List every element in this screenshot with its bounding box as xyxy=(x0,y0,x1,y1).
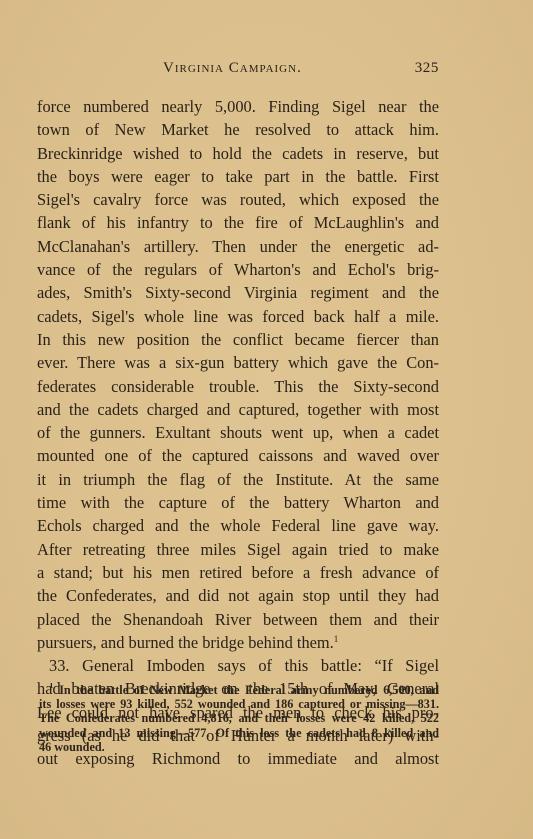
footnote-line: its losses were 93 killed, 552 wounded a… xyxy=(39,697,439,711)
text-line: McClanahan's artillery. Then under the e… xyxy=(37,235,439,258)
text-line: the Confederates, and did not again stop… xyxy=(37,584,439,607)
text-line: force numbered nearly 5,000. Finding Sig… xyxy=(37,95,439,118)
footnote-text: In the battle of New Market the Federal … xyxy=(59,683,439,697)
text-line: a stand; but his men retired before a fr… xyxy=(37,561,439,584)
text-line: Echols charged and the whole Federal lin… xyxy=(37,514,439,537)
text-line-with-footnote-ref: pursuers, and burned the bridge behind t… xyxy=(37,631,439,654)
running-head: Virginia Campaign. 325 xyxy=(37,60,439,80)
footnote-reference: 1 xyxy=(334,634,339,644)
text-line: it in triumph the flag of the Institute.… xyxy=(37,468,439,491)
footnote-line: 1 In the battle of New Market the Federa… xyxy=(39,683,439,697)
running-title: Virginia Campaign. xyxy=(163,60,302,77)
text-line: cadets, Sigel's whole line was forced ba… xyxy=(37,305,439,328)
text-line: mounted one of the captured caissons and… xyxy=(37,444,439,467)
text-line: Sigel's cavalry force was routed, which … xyxy=(37,188,439,211)
paragraph-start-line: 33. General Imboden says of this battle:… xyxy=(37,654,439,677)
text-line: After retreating three miles Sigel again… xyxy=(37,538,439,561)
text-line: town of New Market he resolved to attack… xyxy=(37,118,439,141)
footnote-marker: 1 xyxy=(49,683,54,690)
text-line: Breckinridge wished to hold the cadets i… xyxy=(37,142,439,165)
footnote: 1 In the battle of New Market the Federa… xyxy=(39,683,439,754)
text-line: ades, Smith's Sixty-second Virginia regi… xyxy=(37,281,439,304)
text-line: and the cadets charged and captured, tog… xyxy=(37,398,439,421)
text-line: time with the capture of the battery Wha… xyxy=(37,491,439,514)
text-line: flank of his infantry to the fire of McL… xyxy=(37,211,439,234)
text-line: ever. There was a six-gun battery which … xyxy=(37,351,439,374)
text-line: In this new position the conflict became… xyxy=(37,328,439,351)
text-line: placed the Shenandoah River between them… xyxy=(37,608,439,631)
text-line: federates considerable trouble. This the… xyxy=(37,375,439,398)
text-line: the boys were eager to take part in the … xyxy=(37,165,439,188)
text-line: pursuers, and burned the bridge behind t… xyxy=(37,633,334,652)
footnote-line: 46 wounded. xyxy=(39,740,439,754)
text-line: vance of the regulars of Wharton's and E… xyxy=(37,258,439,281)
body-text: force numbered nearly 5,000. Finding Sig… xyxy=(37,95,439,771)
text-line: of the gunners. Exultant shouts went up,… xyxy=(37,421,439,444)
footnote-line: wounded and 13 missing—577. Of this loss… xyxy=(39,726,439,740)
page-number: 325 xyxy=(415,60,439,77)
footnote-line: The Confederates numbered 4,816, and the… xyxy=(39,711,439,725)
